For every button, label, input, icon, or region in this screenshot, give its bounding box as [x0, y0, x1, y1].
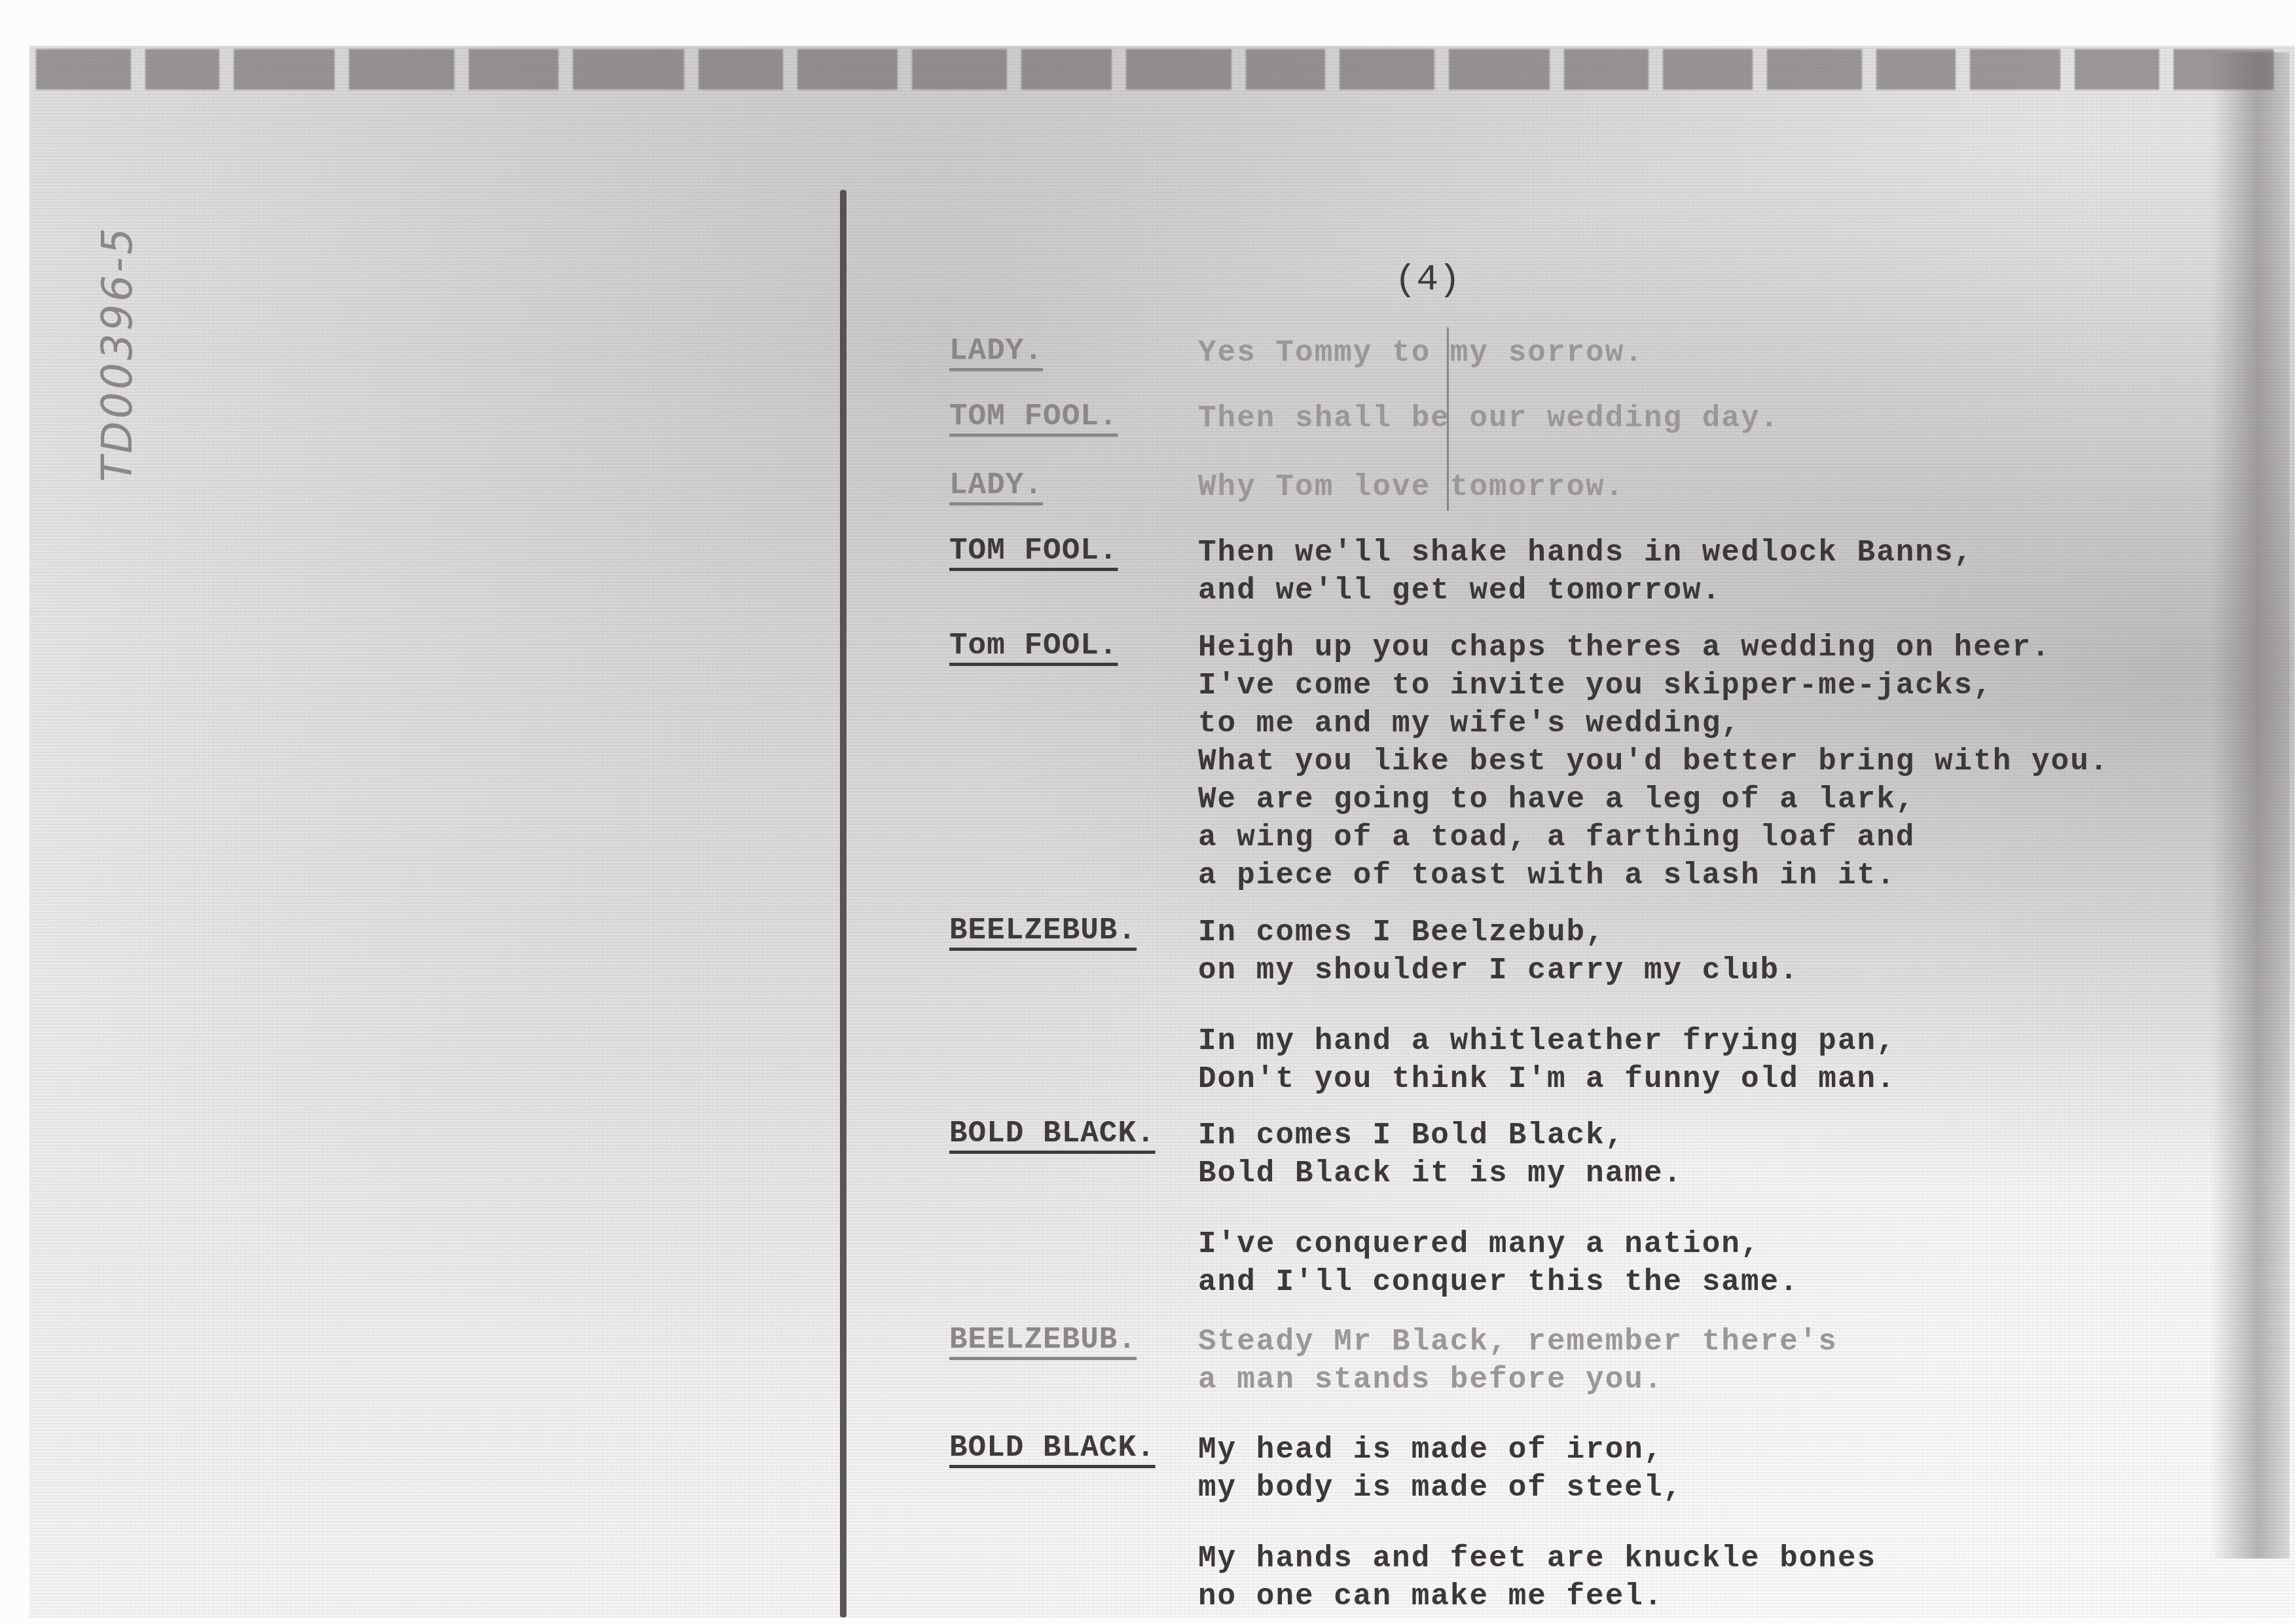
scan-edge-artifact — [36, 49, 2288, 95]
stanza-gap — [1198, 1192, 1799, 1225]
speaker-name: Tom FOOL. — [949, 629, 1118, 663]
edge-block — [349, 49, 454, 90]
dialogue-line: My head is made of iron, — [1198, 1431, 1876, 1469]
dialogue-line: We are going to have a leg of a lark, — [1198, 781, 2109, 819]
dialogue-line: a piece of toast with a slash in it. — [1198, 857, 2109, 895]
dialogue: In comes I Beelzebub,on my shoulder I ca… — [1198, 913, 1896, 1098]
stanza-gap — [1198, 1507, 1876, 1540]
edge-block — [1021, 49, 1111, 90]
dialogue: My head is made of iron,my body is made … — [1198, 1431, 1876, 1615]
dialogue-line: I've conquered many a nation, — [1198, 1225, 1799, 1263]
dialogue-line: In my hand a whitleather frying pan, — [1198, 1022, 1896, 1060]
dialogue-line: Why Tom love tomorrow. — [1198, 468, 1624, 506]
speaker-name: LADY. — [949, 468, 1043, 502]
stanza-gap — [1198, 989, 1896, 1022]
dialogue-line: a man stands before you. — [1198, 1361, 1838, 1399]
edge-block — [1449, 49, 1549, 90]
dialogue: Yes Tommy to my sorrow. — [1198, 334, 1644, 372]
dialogue-line: Bold Black it is my name. — [1198, 1154, 1799, 1192]
dialogue: Then shall be our wedding day. — [1198, 399, 1779, 437]
edge-block — [36, 49, 131, 90]
reference-number-text: TD00396-5 — [94, 225, 142, 482]
dialogue-line: My hands and feet are knuckle bones — [1198, 1540, 1876, 1578]
edge-block — [797, 49, 898, 90]
dialogue-line: Then we'll shake hands in wedlock Banns, — [1198, 534, 1973, 572]
dialogue-line: Heigh up you chaps theres a wedding on h… — [1198, 629, 2109, 667]
dialogue-line: to me and my wife's wedding, — [1198, 705, 2109, 743]
vertical-fold-line — [840, 190, 847, 1617]
dialogue-line: and I'll conquer this the same. — [1198, 1263, 1799, 1301]
speaker-name: TOM FOOL. — [949, 399, 1118, 434]
edge-block — [234, 49, 334, 90]
dialogue-line: In comes I Bold Black, — [1198, 1116, 1799, 1154]
speaker-name: BOLD BLACK. — [949, 1431, 1156, 1465]
edge-block — [1970, 49, 2060, 90]
handwritten-reference-number: TD00396-5 — [79, 210, 157, 498]
page-number: (4) — [1394, 259, 1461, 301]
dialogue-line: Yes Tommy to my sorrow. — [1198, 334, 1644, 372]
dialogue: Why Tom love tomorrow. — [1198, 468, 1624, 506]
edge-block — [1876, 49, 1956, 90]
dialogue-line: a wing of a toad, a farthing loaf and — [1198, 819, 2109, 857]
dialogue-line: and we'll get wed tomorrow. — [1198, 572, 1973, 610]
dialogue-line: Then shall be our wedding day. — [1198, 399, 1779, 437]
edge-block — [469, 49, 558, 90]
edge-block — [573, 49, 683, 90]
edge-block — [1767, 49, 1862, 90]
dialogue: In comes I Bold Black,Bold Black it is m… — [1198, 1116, 1799, 1301]
speaker-name: TOM FOOL. — [949, 534, 1118, 568]
dialogue-line: Steady Mr Black, remember there's — [1198, 1323, 1838, 1361]
edge-block — [2075, 49, 2159, 90]
dialogue-line: no one can make me feel. — [1198, 1578, 1876, 1615]
edge-block — [912, 49, 1007, 90]
speaker-name: BEELZEBUB. — [949, 1323, 1137, 1357]
dialogue: Then we'll shake hands in wedlock Banns,… — [1198, 534, 1973, 610]
scan-shadow — [2211, 52, 2289, 1559]
dialogue-line: on my shoulder I carry my club. — [1198, 951, 1896, 989]
speaker-name: BEELZEBUB. — [949, 913, 1137, 948]
dialogue: Steady Mr Black, remember there'sa man s… — [1198, 1323, 1838, 1399]
edge-block — [1663, 49, 1753, 90]
speaker-name: BOLD BLACK. — [949, 1116, 1156, 1151]
edge-block — [1126, 49, 1231, 90]
dialogue-line: Don't you think I'm a funny old man. — [1198, 1060, 1896, 1098]
speaker-name: LADY. — [949, 334, 1043, 368]
edge-block — [1246, 49, 1325, 90]
edge-block — [699, 49, 783, 90]
edge-block — [145, 49, 219, 90]
edge-block — [1564, 49, 1649, 90]
dialogue-line: What you like best you'd better bring wi… — [1198, 743, 2109, 781]
dialogue-line: In comes I Beelzebub, — [1198, 913, 1896, 951]
dialogue: Heigh up you chaps theres a wedding on h… — [1198, 629, 2109, 895]
dialogue-line: I've come to invite you skipper-me-jacks… — [1198, 667, 2109, 705]
dialogue-line: my body is made of steel, — [1198, 1469, 1876, 1507]
edge-block — [1339, 49, 1434, 90]
